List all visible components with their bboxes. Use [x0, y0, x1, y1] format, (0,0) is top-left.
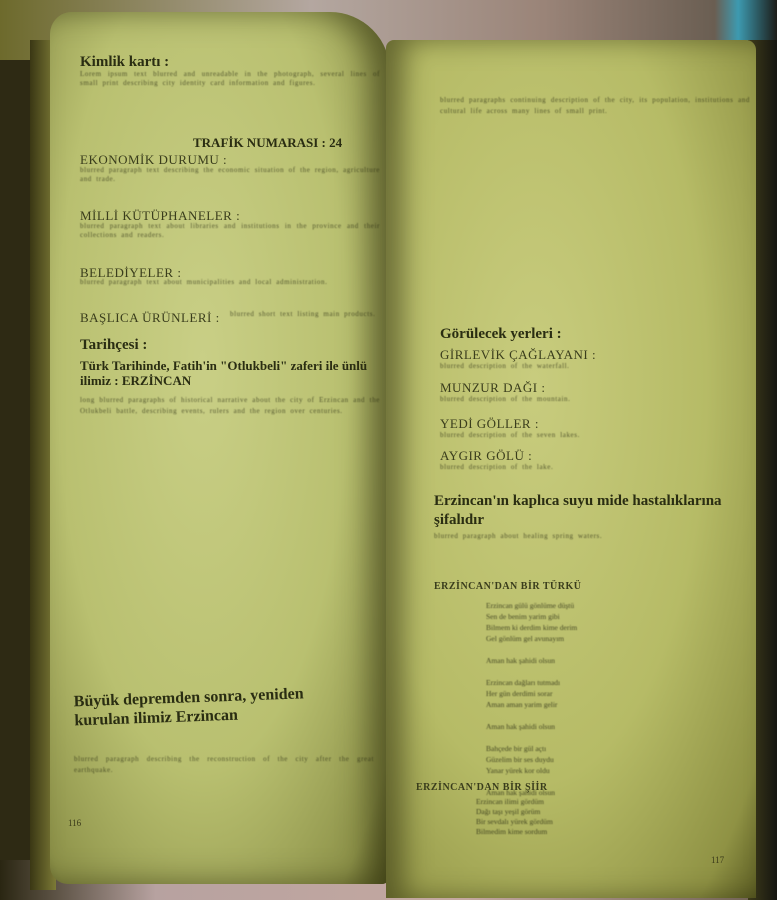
heading-deprem: Büyük depremden sonra, yeniden kurulan i…: [73, 684, 324, 731]
heading-otlukbeli: Türk Tarihinde, Fatih'in "Otlukbeli" zaf…: [80, 358, 370, 388]
kutuphane-text: blurred paragraph text about libraries a…: [80, 222, 380, 262]
label-turku: ERZİNCAN'DAN BİR TÜRKÜ: [434, 581, 582, 592]
munzur-text: blurred description of the mountain.: [440, 395, 745, 415]
belediye-text: blurred paragraph text about municipalit…: [80, 278, 380, 306]
right-page: blurred paragraphs continuing descriptio…: [386, 40, 756, 898]
history-text: long blurred paragraphs of historical na…: [80, 395, 380, 685]
girlevik-text: blurred description of the waterfall.: [440, 362, 745, 378]
turku-poem: Erzincan gülü gönlüme düştü Sen de benim…: [486, 600, 577, 798]
label-urunler: BAŞLICA ÜRÜNLERİ :: [80, 310, 220, 326]
label-siir: ERZİNCAN'DAN BİR ŞİİR: [416, 782, 548, 793]
ekonomik-text: blurred paragraph text describing the ec…: [80, 166, 380, 204]
heading-trafik: TRAFİK NUMARASI : 24: [193, 134, 342, 151]
siir-poem: Erzincan ilimi gördüm Dağı taşı yeşil gö…: [476, 797, 553, 837]
heading-gorulecek: Görülecek yerleri :: [440, 326, 562, 343]
left-page: Kimlik kartı : Lorem ipsum text blurred …: [50, 12, 390, 884]
deprem-text: blurred paragraph describing the reconst…: [74, 754, 374, 824]
label-yedigoller: YEDİ GÖLLER :: [440, 416, 539, 432]
page-number-right: 117: [711, 855, 724, 865]
label-munzur: MUNZUR DAĞI :: [440, 380, 545, 396]
urunler-text: blurred short text listing main products…: [230, 310, 380, 330]
aygir-text: blurred description of the lake.: [440, 463, 745, 485]
intro-text: blurred paragraphs continuing descriptio…: [440, 95, 750, 315]
label-aygir: AYGIR GÖLÜ :: [440, 448, 532, 464]
heading-kaplica: Erzincan'ın kaplıca suyu mide hastalıkla…: [434, 492, 734, 530]
label-girlevik: GİRLEVİK ÇAĞLAYANI :: [440, 347, 596, 363]
kaplica-text: blurred paragraph about healing spring w…: [434, 532, 744, 576]
heading-kimlik-karti: Kimlik kartı :: [80, 54, 169, 71]
kimlik-text: Lorem ipsum text blurred and unreadable …: [80, 70, 380, 124]
page-number-left: 116: [68, 818, 81, 828]
heading-tarihce: Tarihçesi :: [80, 337, 147, 354]
